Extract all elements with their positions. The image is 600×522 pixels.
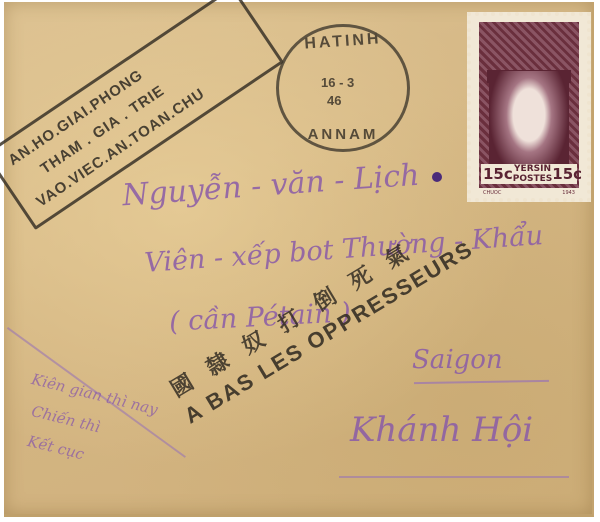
postmark-town: HATINH xyxy=(279,29,408,56)
flap-note-line-3: Kết cục xyxy=(26,432,86,463)
district-underline xyxy=(339,476,569,478)
cachet-line-2: THAM . GIA . TRIE xyxy=(17,15,263,192)
stamp-labels: YERSIN POSTES xyxy=(513,164,553,184)
postage-stamp: INDOCHINE 15c YERSIN POSTES 15c CHUOC 19… xyxy=(467,12,591,202)
address-line-city: Saigon xyxy=(412,345,503,375)
stamp-value-right: 15c xyxy=(552,165,582,183)
address-line-name: Nguyễn - văn - Lịch xyxy=(121,158,420,214)
stamp-designer: CHUOC xyxy=(483,190,501,196)
city-underline xyxy=(414,380,549,384)
flap-note-line-2: Chiến thì xyxy=(30,402,102,436)
stamp-footer: CHUOC 1943 xyxy=(483,190,575,196)
address-line-district: Khánh Hội xyxy=(350,410,533,450)
postmark-date: 16 - 3 xyxy=(321,75,354,90)
stamp-value-left: 15c xyxy=(483,165,513,183)
stamp-subject: YERSIN xyxy=(514,164,551,174)
stamp-label: POSTES xyxy=(513,174,553,184)
stamp-year: 1943 xyxy=(562,190,575,196)
stamp-value-row: 15c YERSIN POSTES 15c xyxy=(481,164,577,184)
envelope: AN.HO.GIAI.PHONG THAM . GIA . TRIE VAO.V… xyxy=(4,2,594,517)
postmark-region: ANNAM xyxy=(279,126,407,143)
postmark-year: 46 xyxy=(327,93,341,108)
postmark: HATINH 16 - 3 46 ANNAM xyxy=(276,24,410,152)
ink-dot xyxy=(432,172,442,182)
